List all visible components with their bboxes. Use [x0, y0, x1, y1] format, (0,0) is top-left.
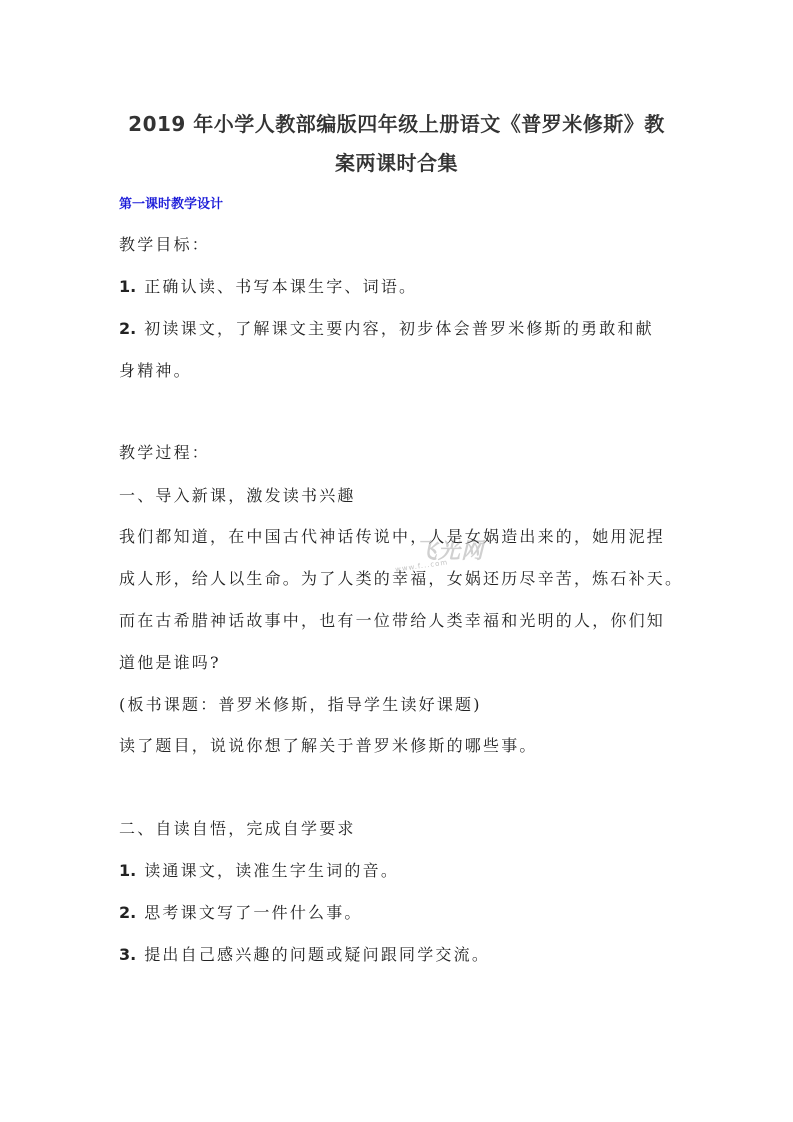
step-1-paragraph-line: 而在古希腊神话故事中，也有一位带给人类幸福和光明的人，你们知 — [119, 608, 665, 631]
step-2-item-number: 1. — [119, 861, 136, 880]
objective-text: 初读课文，了解课文主要内容，初步体会普罗米修斯的勇敢和献 — [144, 319, 654, 338]
step-2-item-2: 2.思考课文写了一件什么事。 — [119, 900, 363, 923]
document-title-line-1: 2019 年小学人教部编版四年级上册语文《普罗米修斯》教 — [110, 108, 683, 137]
step-2-item-number: 3. — [119, 945, 136, 964]
document-page: 2019 年小学人教部编版四年级上册语文《普罗米修斯》教 案两课时合集 第一课时… — [0, 0, 793, 1122]
step-2-item-1: 1.读通课文，读准生字生词的音。 — [119, 858, 399, 881]
step-1-heading: 一、导入新课，激发读书兴趣 — [119, 483, 356, 506]
step-1-paragraph-line: 成人形，给人以生命。为了人类的幸福，女娲还历尽辛苦，炼石补天。 — [119, 566, 683, 589]
step-1-note: (板书课题：普罗米修斯，指导学生读好课题) — [119, 692, 482, 715]
objective-item-1: 1.正确认读、书写本课生字、词语。 — [119, 274, 417, 297]
step-1-paragraph-line: 我们都知道，在中国古代神话传说中，人是女娲造出来的，她用泥捏 — [119, 524, 665, 547]
step-2-item-text: 提出自己感兴趣的问题或疑问跟同学交流。 — [144, 945, 490, 964]
step-2-item-text: 思考课文写了一件什么事。 — [144, 903, 362, 922]
step-2-item-3: 3.提出自己感兴趣的问题或疑问跟同学交流。 — [119, 942, 490, 965]
objective-item-2: 2.初读课文，了解课文主要内容，初步体会普罗米修斯的勇敢和献 — [119, 316, 654, 339]
objectives-heading: 教学目标： — [119, 232, 210, 255]
step-1-question: 读了题目，说说你想了解关于普罗米修斯的哪些事。 — [119, 733, 538, 756]
document-title-line-2: 案两课时合集 — [110, 147, 683, 176]
step-2-heading: 二、自读自悟，完成自学要求 — [119, 816, 356, 839]
process-heading: 教学过程： — [119, 440, 210, 463]
step-2-item-text: 读通课文，读准生字生词的音。 — [144, 861, 399, 880]
section-heading-lesson-1: 第一课时教学设计 — [119, 193, 223, 212]
objective-number: 1. — [119, 277, 136, 296]
objective-text: 正确认读、书写本课生字、词语。 — [144, 277, 417, 296]
step-1-paragraph-line: 道他是谁吗? — [119, 650, 221, 673]
objective-item-2-continuation: 身精神。 — [119, 358, 192, 381]
objective-number: 2. — [119, 319, 136, 338]
step-2-item-number: 2. — [119, 903, 136, 922]
